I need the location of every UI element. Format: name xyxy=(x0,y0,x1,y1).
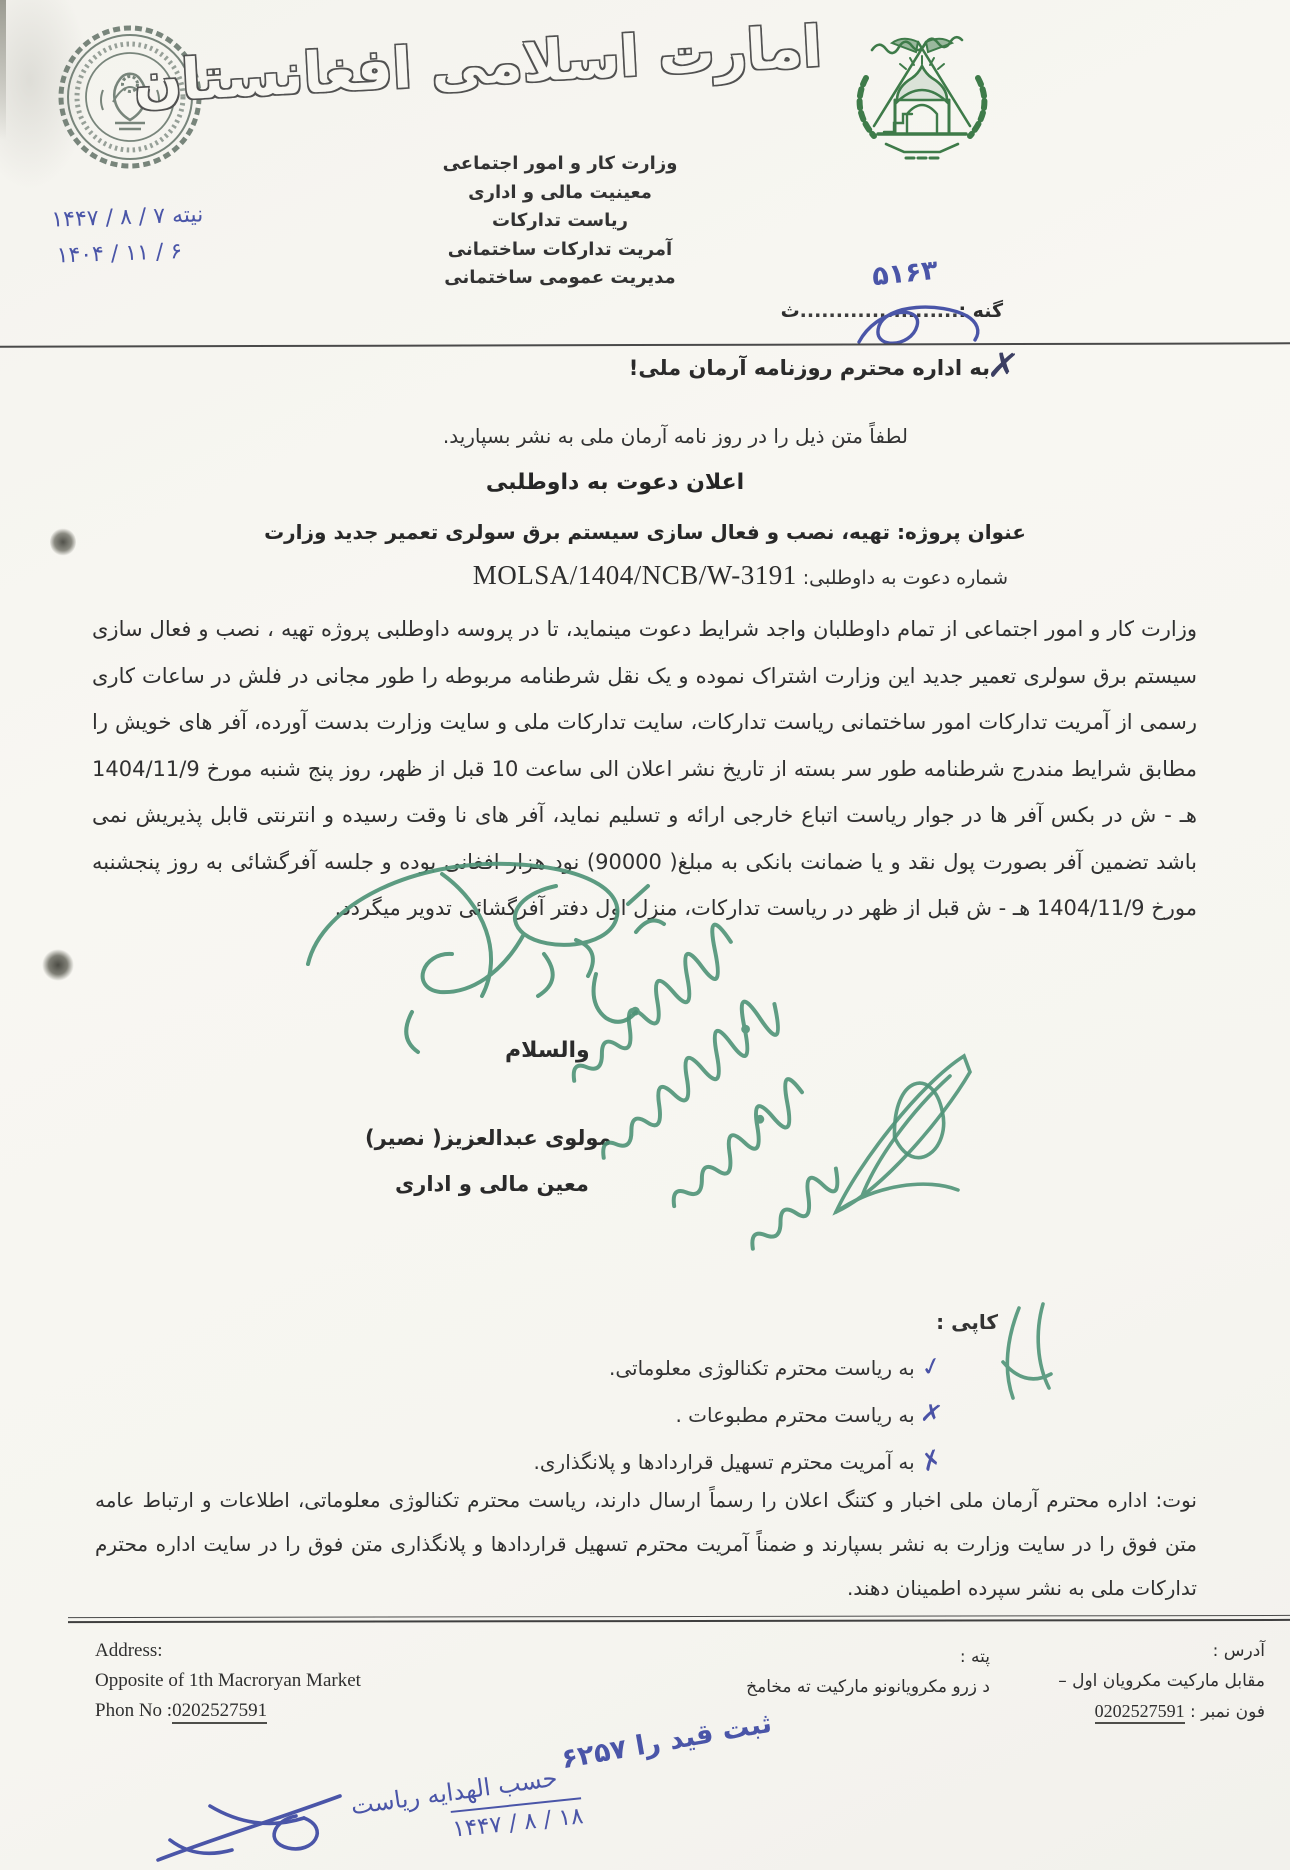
footer-en-phone: Phon No :0202527591 xyxy=(95,1696,525,1726)
footer-fa-phone-label: فون نمبر : xyxy=(1190,1702,1265,1722)
copy-item-text: به ریاست محترم تکنالوژی معلوماتی. xyxy=(609,1356,915,1380)
tender-label: شماره دعوت به داوطلبی: xyxy=(803,567,1008,589)
footer-fa-label: آدرس : xyxy=(1005,1636,1265,1666)
tender-number-line: شماره دعوت به داوطلبی: MOLSA/1404/NCB/W-… xyxy=(473,560,1008,591)
ministry-line: مدیریت عمومی ساختمانی xyxy=(360,264,760,293)
footer-address-english: Address: Opposite of 1th Macroryan Marke… xyxy=(95,1636,525,1726)
handwritten-date-line1: ۱۴۴۷ / ۸ / ۷ نیته xyxy=(51,197,204,238)
footer-address-pashto: پته : د زرو مکرویانونو مارکیت ته مخامخ xyxy=(620,1642,990,1702)
footer-en-label: Address: xyxy=(95,1636,525,1666)
footer-address-dari: آدرس : مقابل مارکیت مکرویان اول – فون نم… xyxy=(1005,1636,1265,1727)
footer-divider-line xyxy=(68,1615,1290,1623)
x-mark-icon: ✗ xyxy=(917,1390,946,1439)
footer-fa-phone-number: 0202527591 xyxy=(1095,1701,1185,1724)
ministry-line: وزارت کار و امور اجتماعی xyxy=(360,150,760,179)
footer-en-phone-label: Phon No : xyxy=(95,1700,172,1721)
handwritten-bottom-scribble xyxy=(140,1778,360,1870)
footer-ps-address: د زرو مکرویانونو مارکیت ته مخامخ xyxy=(620,1672,990,1702)
punch-hole xyxy=(42,948,74,982)
islamic-emirate-emblem-icon xyxy=(840,26,1005,176)
tender-number: MOLSA/1404/NCB/W-3191 xyxy=(473,560,797,590)
footer-fa-phone: فون نمبر : 0202527591 xyxy=(1005,1696,1265,1727)
ministry-header-block: وزارت کار و امور اجتماعی معینیت مالی و ا… xyxy=(360,150,760,293)
note-paragraph: نوت: اداره محترم آرمان ملی اخبار و کتنگ … xyxy=(95,1478,1197,1610)
handwritten-registration-line1: ثبت قید را ۶۲۵۷ xyxy=(559,1708,774,1776)
check-mark-icon: ✓ xyxy=(916,1342,947,1392)
ministry-line: ریاست تدارکات xyxy=(360,207,760,236)
footer-en-phone-number: 0202527591 xyxy=(172,1700,267,1724)
footer-fa-address: مقابل مارکیت مکرویان اول – xyxy=(1005,1666,1265,1696)
reference-suffix: ث xyxy=(781,300,800,322)
ministry-line: آمریت تدارکات ساختمانی xyxy=(360,236,760,265)
announcement-title: اعلان دعوت به داوطلبی xyxy=(0,470,1230,495)
greeting-line: به اداره محترم روزنامه آرمان ملی! xyxy=(629,356,990,380)
project-title: عنوان پروژه: تهیه، نصب و فعال سازی سیستم… xyxy=(0,520,1290,544)
copy-item-text: به ریاست محترم مطبوعات . xyxy=(675,1403,914,1427)
footer-ps-label: پته : xyxy=(620,1642,990,1672)
handwritten-registration-date: ۱۴۴۷ / ۸ / ۱۸ xyxy=(451,1797,585,1843)
footer-en-address: Opposite of 1th Macroryan Market xyxy=(95,1666,525,1696)
emirate-calligraphy-title: امارت اسلامی افغانستان xyxy=(231,15,824,111)
scanned-letter-page: امارت اسلامی افغانستان وزارت کار و امور … xyxy=(0,0,1290,1870)
scan-edge xyxy=(0,0,6,140)
copy-item-text: به آمریت محترم تسهیل قراردادها و پلانگذا… xyxy=(534,1450,915,1474)
punch-hole xyxy=(50,528,76,556)
ministry-line: معینیت مالی و اداری xyxy=(360,179,760,208)
handwritten-reference-number: ۵۱۶۳ xyxy=(871,255,940,293)
header-divider-line xyxy=(0,342,1290,347)
copies-list: ✓ به ریاست محترم تکنالوژی معلوماتی. ✗ به… xyxy=(534,1344,942,1485)
request-line: لطفاً متن ذیل را در روز نامه آرمان ملی ب… xyxy=(443,424,908,448)
handwritten-x-mark: ✗ xyxy=(985,344,1021,389)
scan-shadow xyxy=(0,0,90,190)
handwritten-reference-scribble xyxy=(845,300,1005,362)
handwritten-date-line2: ۱۴۰۴ / ۱۱ / ۶ xyxy=(52,233,205,274)
handwritten-date-note: ۱۴۴۷ / ۸ / ۷ نیته ۱۴۰۴ / ۱۱ / ۶ xyxy=(51,197,205,274)
green-quill-loop-scribble xyxy=(800,1042,985,1227)
green-tick-scribble xyxy=(985,1300,1075,1410)
copy-item: ✓ به ریاست محترم تکنالوژی معلوماتی. xyxy=(534,1344,942,1391)
copy-item: ✗ به ریاست محترم مطبوعات . xyxy=(534,1391,942,1438)
